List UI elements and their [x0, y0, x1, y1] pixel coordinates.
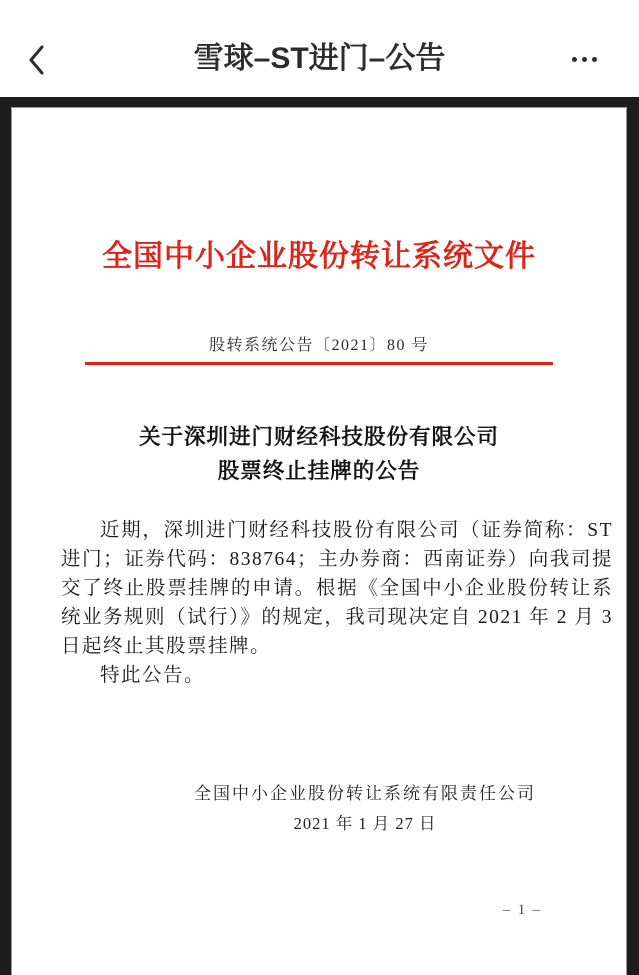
- page-title: 雪球–ST进门–公告: [70, 42, 569, 76]
- issuer-name: 全国中小企业股份转让系统有限责任公司: [194, 780, 536, 808]
- signature-block: 全国中小企业股份转让系统有限责任公司 2021 年 1 月 27 日: [12, 780, 626, 840]
- announcement-title-line2: 股票终止挂牌的公告: [12, 454, 626, 488]
- announcement-title-line1: 关于深圳进门财经科技股份有限公司: [12, 420, 626, 454]
- back-button[interactable]: [16, 38, 56, 82]
- ellipsis-icon: [572, 57, 597, 62]
- document-page: 全国中小企业股份转让系统文件 股转系统公告〔2021〕80 号 关于深圳进门财经…: [11, 107, 627, 975]
- announcement-title: 关于深圳进门财经科技股份有限公司 股票终止挂牌的公告: [12, 420, 626, 488]
- header: 雪球–ST进门–公告: [0, 0, 639, 97]
- announcement-body: 近期，深圳进门财经科技股份有限公司（证券简称：ST 进门；证券代码：838764…: [61, 516, 613, 690]
- letterhead-divider: [85, 362, 553, 365]
- announcement-viewer-screen: 雪球–ST进门–公告 全国中小企业股份转让系统文件 股转系统公告〔2021〕80…: [0, 0, 639, 975]
- announcement-closing: 特此公告。: [61, 661, 613, 690]
- chevron-left-icon: [28, 45, 44, 75]
- document-viewer[interactable]: 全国中小企业股份转让系统文件 股转系统公告〔2021〕80 号 关于深圳进门财经…: [0, 97, 639, 975]
- announcement-paragraph: 近期，深圳进门财经科技股份有限公司（证券简称：ST 进门；证券代码：838764…: [61, 516, 613, 661]
- page-number: – 1 –: [12, 901, 626, 919]
- issue-date: 2021 年 1 月 27 日: [194, 808, 536, 840]
- more-menu-button[interactable]: [563, 44, 605, 74]
- document-number: 股转系统公告〔2021〕80 号: [12, 336, 626, 356]
- document-letterhead: 全国中小企业股份转让系统文件: [12, 240, 626, 274]
